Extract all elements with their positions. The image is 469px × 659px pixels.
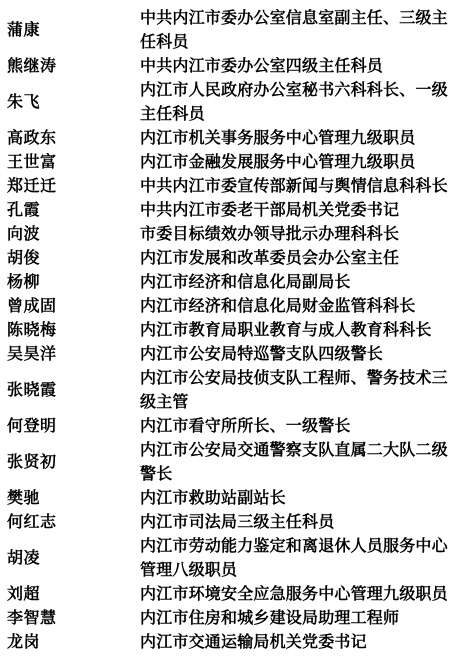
person-title: 内江市经济和信息化局财金监管科科长 <box>140 295 462 319</box>
person-title: 内江市劳动能力鉴定和离退休人员服务中心管理八级职员 <box>140 535 462 583</box>
roster-row: 朱飞 内江市人民政府办公室秘书六科科长、一级主任科员 <box>7 79 462 127</box>
person-name: 龙岗 <box>7 631 140 655</box>
person-name: 张贤初 <box>7 451 140 475</box>
roster-row: 陈晓梅 内江市教育局职业教育与成人教育科科长 <box>7 319 462 343</box>
roster-row: 杨柳 内江市经济和信息化局副局长 <box>7 271 462 295</box>
roster-row: 向波 市委目标绩效办领导批示办理科科长 <box>7 223 462 247</box>
person-title: 内江市发展和改革委员会办公室主任 <box>140 247 462 271</box>
person-title: 内江市人民政府办公室秘书六科科长、一级主任科员 <box>140 79 462 127</box>
roster-row: 何登明 内江市看守所所长、一级警长 <box>7 415 462 439</box>
person-title: 内江市住房和城乡建设局助理工程师 <box>140 607 462 631</box>
person-title: 市委目标绩效办领导批示办理科科长 <box>140 223 462 247</box>
roster-row: 郑迁迁 中共内江市委宣传部新闻与舆情信息科科长 <box>7 175 462 199</box>
roster-row: 李智慧 内江市住房和城乡建设局助理工程师 <box>7 607 462 631</box>
person-name: 郑迁迁 <box>7 175 140 199</box>
roster-row: 龙岗 内江市交通运输局机关党委书记 <box>7 631 462 655</box>
person-name: 樊驰 <box>7 487 140 511</box>
roster-row: 樊驰 内江市救助站副站长 <box>7 487 462 511</box>
person-name: 杨柳 <box>7 271 140 295</box>
person-name: 何登明 <box>7 415 140 439</box>
roster-row: 王世富 内江市金融发展服务中心管理九级职员 <box>7 151 462 175</box>
person-name: 向波 <box>7 223 140 247</box>
person-name: 张晓霞 <box>7 379 140 403</box>
person-title: 内江市公安局交通警察支队直属二大队二级警长 <box>140 439 462 487</box>
roster-row: 曾成固 内江市经济和信息化局财金监管科科长 <box>7 295 462 319</box>
person-name: 高政东 <box>7 127 140 151</box>
roster-row: 胡凌 内江市劳动能力鉴定和离退休人员服务中心管理八级职员 <box>7 535 462 583</box>
person-title: 内江市司法局三级主任科员 <box>140 511 462 535</box>
person-title: 中共内江市委办公室信息室副主任、三级主任科员 <box>140 7 462 55</box>
person-title: 内江市公安局特巡警支队四级警长 <box>140 343 462 367</box>
person-title: 内江市环境安全应急服务中心管理九级职员 <box>140 583 462 607</box>
person-name: 胡凌 <box>7 547 140 571</box>
person-title: 中共内江市委宣传部新闻与舆情信息科科长 <box>140 175 462 199</box>
person-title: 内江市救助站副站长 <box>140 487 462 511</box>
roster-row: 张贤初 内江市公安局交通警察支队直属二大队二级警长 <box>7 439 462 487</box>
personnel-roster: 蒲康 中共内江市委办公室信息室副主任、三级主任科员 熊继涛 中共内江市委办公室四… <box>0 0 469 659</box>
person-name: 朱飞 <box>7 91 140 115</box>
person-title: 内江市金融发展服务中心管理九级职员 <box>140 151 462 175</box>
person-name: 吴昊洋 <box>7 343 140 367</box>
roster-row: 何红志 内江市司法局三级主任科员 <box>7 511 462 535</box>
roster-row: 孔霞 中共内江市委老干部局机关党委书记 <box>7 199 462 223</box>
roster-row: 胡俊 内江市发展和改革委员会办公室主任 <box>7 247 462 271</box>
roster-row: 张晓霞 内江市公安局技侦支队工程师、警务技术三级主管 <box>7 367 462 415</box>
person-title: 内江市交通运输局机关党委书记 <box>140 631 462 655</box>
person-title: 内江市机关事务服务中心管理九级职员 <box>140 127 462 151</box>
person-title: 内江市看守所所长、一级警长 <box>140 415 462 439</box>
roster-row: 吴昊洋 内江市公安局特巡警支队四级警长 <box>7 343 462 367</box>
person-name: 王世富 <box>7 151 140 175</box>
roster-row: 高政东 内江市机关事务服务中心管理九级职员 <box>7 127 462 151</box>
person-name: 胡俊 <box>7 247 140 271</box>
person-title: 中共内江市委办公室四级主任科员 <box>140 55 462 79</box>
person-name: 蒲康 <box>7 19 140 43</box>
person-title: 内江市公安局技侦支队工程师、警务技术三级主管 <box>140 367 462 415</box>
roster-row: 熊继涛 中共内江市委办公室四级主任科员 <box>7 55 462 79</box>
person-name: 熊继涛 <box>7 55 140 79</box>
person-name: 孔霞 <box>7 199 140 223</box>
person-title: 中共内江市委老干部局机关党委书记 <box>140 199 462 223</box>
person-title: 内江市经济和信息化局副局长 <box>140 271 462 295</box>
person-name: 刘超 <box>7 583 140 607</box>
person-name: 李智慧 <box>7 607 140 631</box>
roster-row: 蒲康 中共内江市委办公室信息室副主任、三级主任科员 <box>7 7 462 55</box>
roster-row: 刘超 内江市环境安全应急服务中心管理九级职员 <box>7 583 462 607</box>
person-name: 陈晓梅 <box>7 319 140 343</box>
person-name: 何红志 <box>7 511 140 535</box>
person-name: 曾成固 <box>7 295 140 319</box>
person-title: 内江市教育局职业教育与成人教育科科长 <box>140 319 462 343</box>
